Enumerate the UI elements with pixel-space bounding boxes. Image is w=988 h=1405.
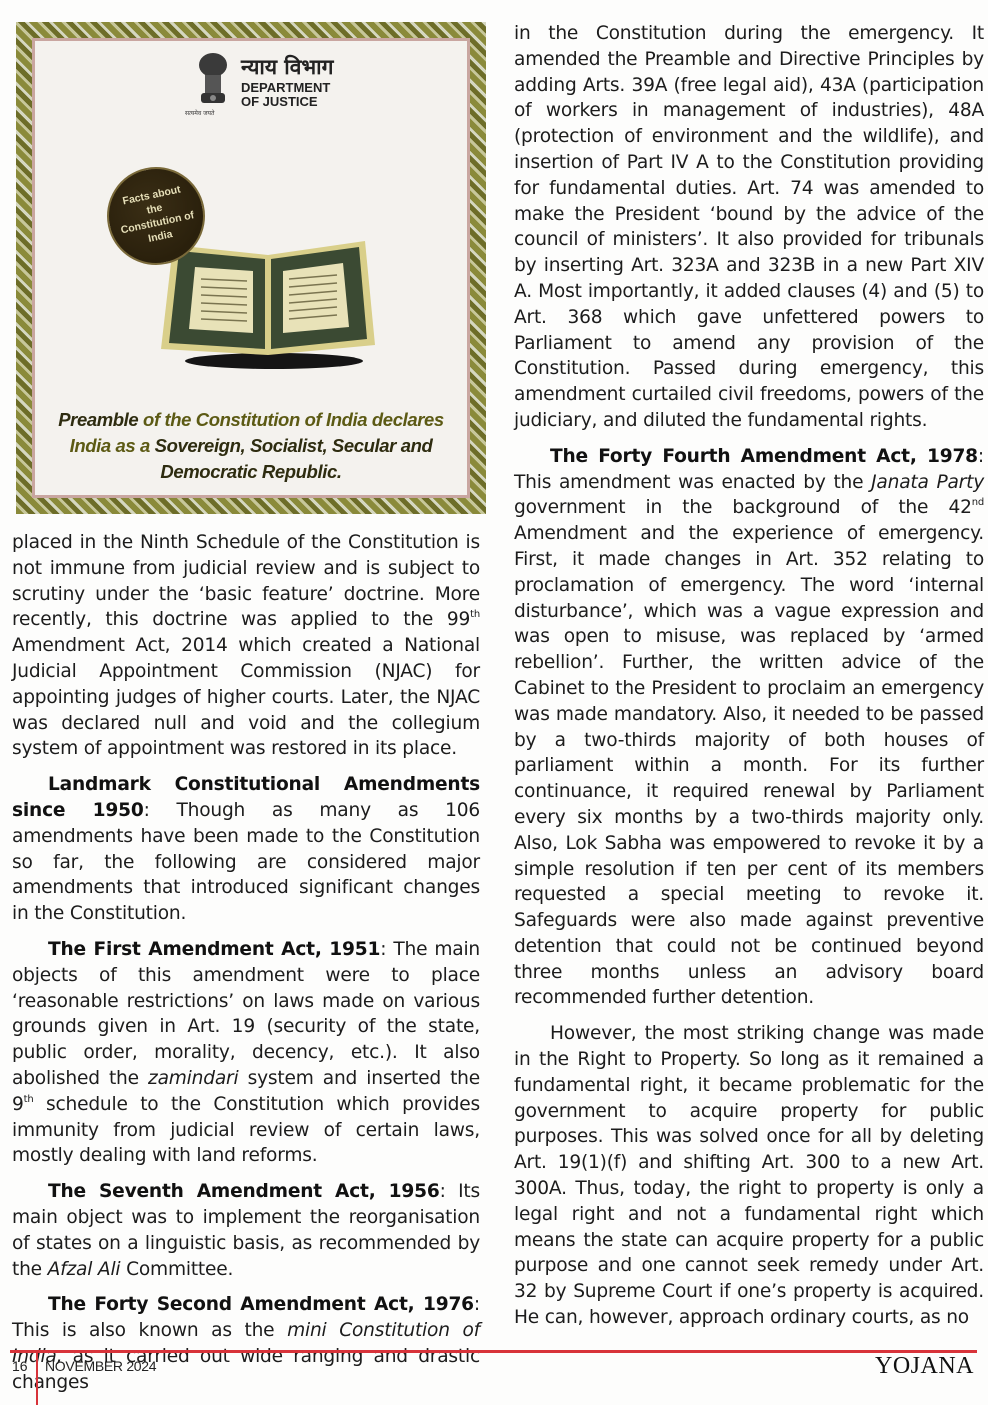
magazine-brand: YOJANA xyxy=(875,1353,974,1380)
footer-rule xyxy=(10,1350,977,1353)
right-column: in the Constitution during the emergency… xyxy=(514,21,984,1331)
emblem-caption: सत्यमेव जयते xyxy=(185,109,214,117)
paragraph-right-to-property: However, the most striking change was ma… xyxy=(514,1021,984,1331)
paragraph-forty-second-amendment: The Forty Second Amendment Act, 1976: Th… xyxy=(12,1292,480,1395)
paragraph-seventh-amendment: The Seventh Amendment Act, 1956: Its mai… xyxy=(12,1179,480,1282)
ashoka-emblem-icon xyxy=(195,51,231,107)
paragraph-forty-second-continued: in the Constitution during the emergency… xyxy=(514,21,984,434)
left-column: placed in the Ninth Schedule of the Cons… xyxy=(12,530,480,1396)
paragraph-first-amendment: The First Amendment Act, 1951: The main … xyxy=(12,937,480,1169)
page-number: 16 xyxy=(12,1358,28,1374)
section-heading: The Forty Second Amendment Act, 1976 xyxy=(48,1294,474,1315)
issue-date: NOVEMBER 2024 xyxy=(45,1358,156,1374)
poster-panel: सत्यमेव जयते न्याय विभाग DEPARTMENT OF J… xyxy=(32,38,470,498)
paragraph-basic-feature: placed in the Ninth Schedule of the Cons… xyxy=(12,530,480,762)
section-heading: The Seventh Amendment Act, 1956 xyxy=(48,1181,440,1202)
poster-image: सत्यमेव जयते न्याय विभाग DEPARTMENT OF J… xyxy=(16,22,486,514)
section-heading: The First Amendment Act, 1951 xyxy=(48,939,380,960)
footer-divider xyxy=(36,1351,38,1405)
constitution-book-icon xyxy=(153,237,383,357)
preamble-caption: Preamble of the Constitution of India de… xyxy=(35,407,467,485)
section-heading: The Forty Fourth Amendment Act, 1978 xyxy=(550,446,978,467)
paragraph-landmark-amendments: Landmark Constitutional Amendments since… xyxy=(12,772,480,927)
department-hindi-title: न्याय विभाग xyxy=(241,53,333,81)
paragraph-forty-fourth-amendment: The Forty Fourth Amendment Act, 1978: Th… xyxy=(514,444,984,1012)
department-english-title: DEPARTMENT OF JUSTICE xyxy=(241,81,330,109)
